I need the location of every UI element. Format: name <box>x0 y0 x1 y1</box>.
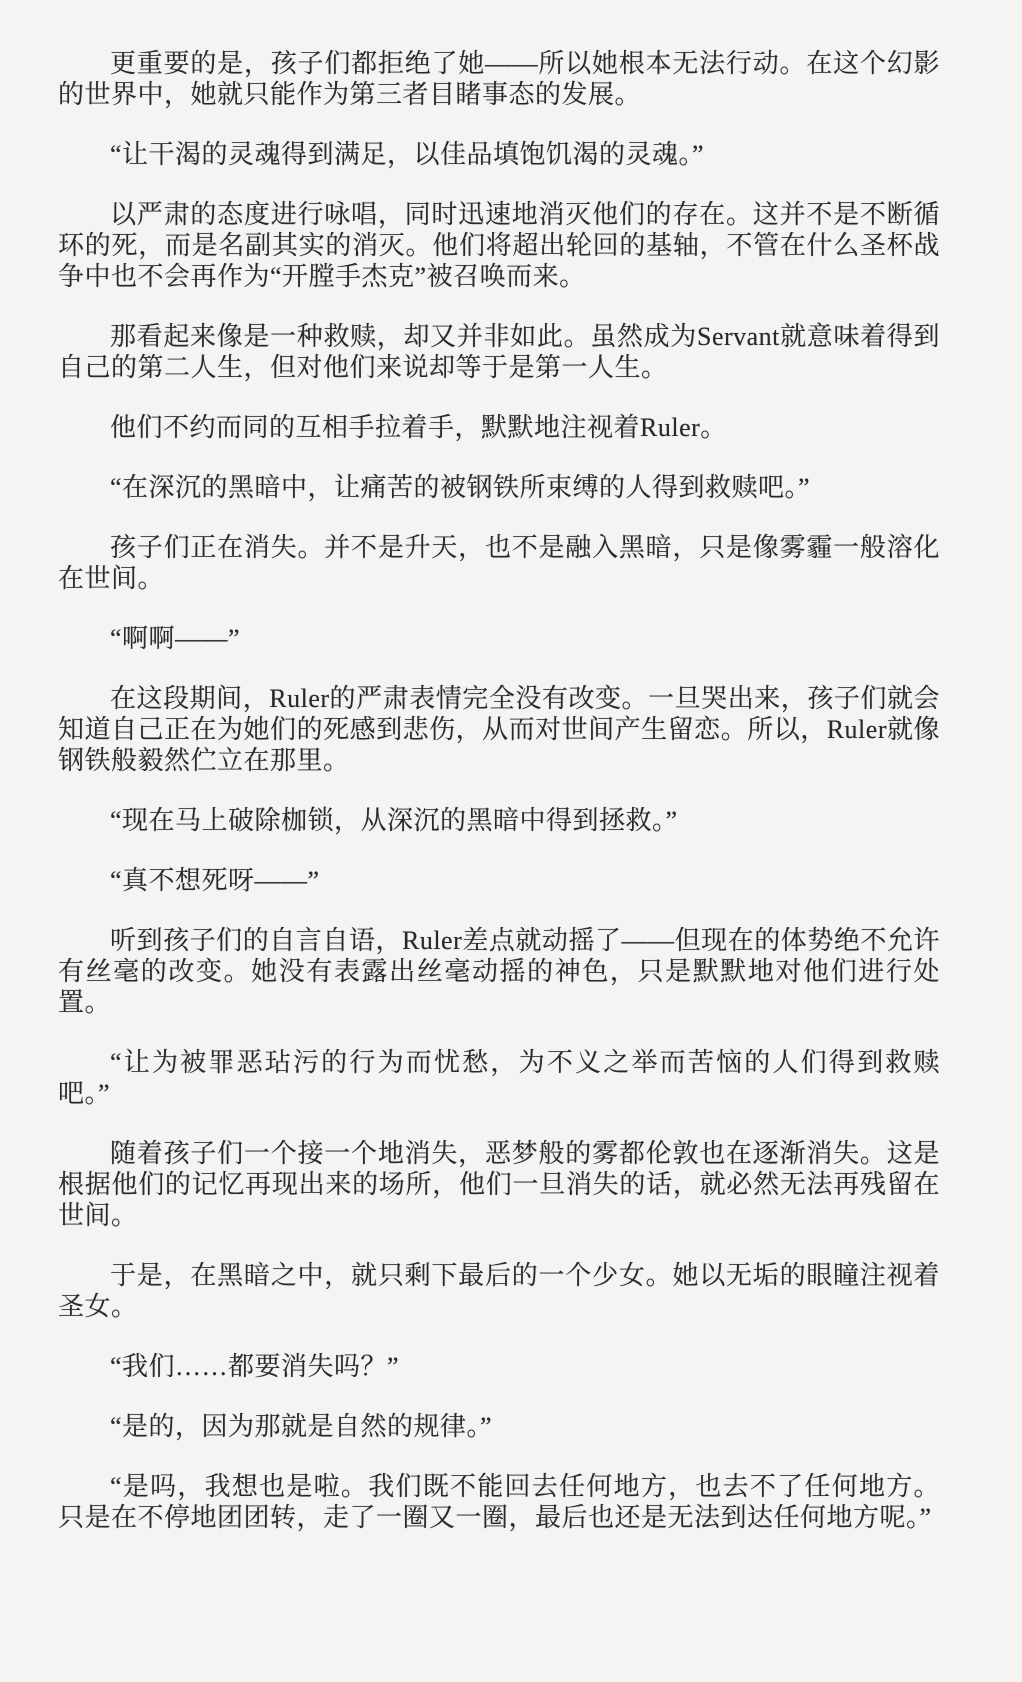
paragraph-narration: 孩子们正在消失。并不是升天，也不是融入黑暗，只是像雾霾一般溶化在世间。 <box>58 532 940 594</box>
paragraph-narration: 在这段期间，Ruler的严肃表情完全没有改变。一旦哭出来，孩子们就会知道自己正在… <box>58 683 940 776</box>
paragraph-narration: 以严肃的态度进行咏唱，同时迅速地消灭他们的存在。这并不是不断循环的死，而是名副其… <box>58 199 940 292</box>
paragraph-dialogue: “现在马上破除枷锁，从深沉的黑暗中得到拯救。” <box>58 805 940 836</box>
paragraph-narration: 听到孩子们的自言自语，Ruler差点就动摇了——但现在的体势绝不允许有丝毫的改变… <box>58 925 940 1018</box>
paragraph-narration: 更重要的是，孩子们都拒绝了她——所以她根本无法行动。在这个幻影的世界中，她就只能… <box>58 48 940 110</box>
paragraph-dialogue: “是吗，我想也是啦。我们既不能回去任何地方，也去不了任何地方。只是在不停地团团转… <box>58 1471 940 1533</box>
paragraph-narration: 随着孩子们一个接一个地消失，恶梦般的雾都伦敦也在逐渐消失。这是根据他们的记忆再现… <box>58 1138 940 1231</box>
paragraph-dialogue: “让干渴的灵魂得到满足，以佳品填饱饥渴的灵魂。” <box>58 139 940 170</box>
paragraph-dialogue: “让为被罪恶玷污的行为而忧愁，为不义之举而苦恼的人们得到救赎吧。” <box>58 1047 940 1109</box>
paragraph-dialogue: “啊啊——” <box>58 623 940 654</box>
paragraph-dialogue: “是的，因为那就是自然的规律。” <box>58 1411 940 1442</box>
paragraph-narration: 于是，在黑暗之中，就只剩下最后的一个少女。她以无垢的眼瞳注视着圣女。 <box>58 1260 940 1322</box>
paragraph-narration: 他们不约而同的互相手拉着手，默默地注视着Ruler。 <box>58 412 940 443</box>
paragraph-dialogue: “真不想死呀——” <box>58 865 940 896</box>
novel-page: 更重要的是，孩子们都拒绝了她——所以她根本无法行动。在这个幻影的世界中，她就只能… <box>0 0 1022 1682</box>
paragraph-dialogue: “在深沉的黑暗中，让痛苦的被钢铁所束缚的人得到救赎吧。” <box>58 472 940 503</box>
paragraph-dialogue: “我们……都要消失吗？” <box>58 1351 940 1382</box>
paragraph-narration: 那看起来像是一种救赎，却又并非如此。虽然成为Servant就意味着得到自己的第二… <box>58 321 940 383</box>
